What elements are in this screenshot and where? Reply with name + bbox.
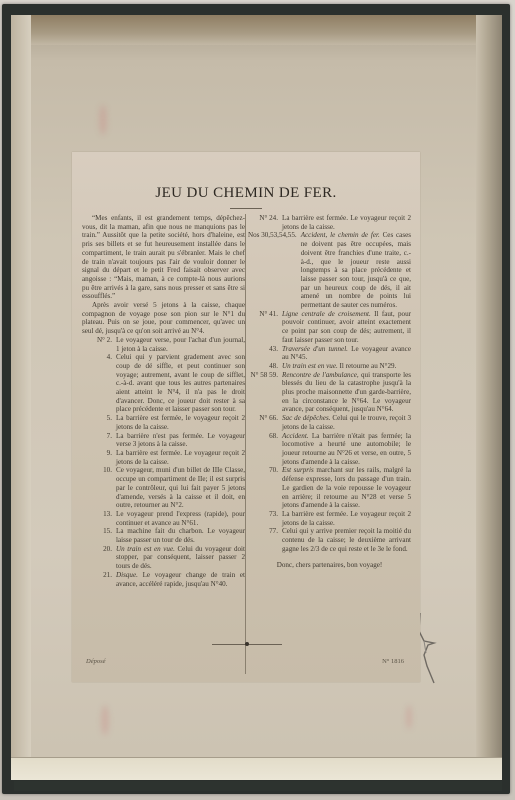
rule-entry: 4.Celui qui y parvient gradement avec so… <box>82 353 245 414</box>
rule-text: Accident. La barrière n'était pas fermée… <box>282 432 411 467</box>
rule-number: 10. <box>82 466 116 510</box>
rule-number: N° 24. <box>248 214 282 231</box>
rule-number: 77. <box>248 527 282 553</box>
box-wall-bottom <box>11 757 502 780</box>
rule-entry: 48.Un train est en vue. Il retourne au N… <box>248 362 411 371</box>
rule-heading: Sac de dépêches. <box>282 414 332 422</box>
rule-number: 43. <box>248 345 282 362</box>
rule-text: La barrière est fermée. Le voyageur reço… <box>282 510 411 527</box>
rule-number: 5. <box>82 414 116 431</box>
rule-number: 48. <box>248 362 282 371</box>
rule-entry: 15.La machine fait du charbon. Le voyage… <box>82 527 245 544</box>
rule-text: La machine fait du charbon. Le voyageur … <box>116 527 245 544</box>
rule-number: 4. <box>82 353 116 414</box>
rule-text: Un train est en vue. Celui du voyageur d… <box>116 545 245 571</box>
paper-stain <box>101 705 109 735</box>
rule-body: La barrière est fermée. Le voyageur reço… <box>282 510 411 527</box>
paper-stain <box>99 105 107 135</box>
rule-heading: Disque. <box>116 571 143 579</box>
rule-body: La barrière est fermée. Le voyageur reço… <box>282 214 411 231</box>
rule-body: La barrière est fermée, le voyageur reço… <box>116 414 245 431</box>
rule-body: La barrière n'est pas fermée. Le voyageu… <box>116 432 245 449</box>
rules-list-right: N° 24.La barrière est fermée. Le voyageu… <box>248 214 411 553</box>
rule-entry: 21.Disque. Le voyageur change de train e… <box>82 571 245 588</box>
rule-entry: 9.La barrière est fermée. Le voyageur re… <box>82 449 245 466</box>
rule-body: Il retourne au N°29. <box>340 362 397 370</box>
rules-list-left: N° 2.Le voyageur verse, pour l'achat d'u… <box>82 336 245 588</box>
rule-heading: Est surpris <box>282 466 316 474</box>
rule-heading: Un train est en vue. <box>282 362 340 370</box>
rule-entry: 43.Traversée d'un tunnel. Le voyageur av… <box>248 345 411 362</box>
rule-entry: 68.Accident. La barrière n'était pas fer… <box>248 432 411 467</box>
rule-entry: 5.La barrière est fermée, le voyageur re… <box>82 414 245 431</box>
rule-number: 70. <box>248 466 282 510</box>
rule-entry: 7.La barrière n'est pas fermée. Le voyag… <box>82 432 245 449</box>
rule-heading: Accident, le chemin de fer. <box>301 231 383 239</box>
rule-text: Celui qui y parvient gradement avec son … <box>116 353 245 414</box>
rule-body: Le voyageur prend l'express (rapide), po… <box>116 510 245 527</box>
rule-text: La barrière est fermée, le voyageur reço… <box>116 414 245 431</box>
rule-heading: Traversée d'un tunnel. <box>282 345 351 353</box>
rule-body: La barrière est fermée. Le voyageur reço… <box>116 449 245 466</box>
rule-heading: Ligne centrale de croisement. <box>282 310 374 318</box>
rule-text: Le voyageur prend l'express (rapide), po… <box>116 510 245 527</box>
rule-text: Est surpris marchant sur les rails, malg… <box>282 466 411 510</box>
rule-text: Ligne centrale de croisement. Il faut, p… <box>282 310 411 345</box>
document-title: JEU DU CHEMIN DE FER. <box>72 185 420 202</box>
rule-number: 9. <box>82 449 116 466</box>
rule-body: Celui qui y arrive premier reçoit la moi… <box>282 527 411 552</box>
rules-column-right: N° 24.La barrière est fermée. Le voyageu… <box>248 214 411 576</box>
rule-text: Traversée d'un tunnel. Le voyageur avanc… <box>282 345 411 362</box>
rule-entry: 73.La barrière est fermée. Le voyageur r… <box>248 510 411 527</box>
rule-text: Disque. Le voyageur change de train et a… <box>116 571 245 588</box>
title-divider <box>230 208 262 209</box>
rules-column-left: “Mes enfants, il est grandement temps, d… <box>82 214 245 588</box>
rule-entry: N° 41.Ligne centrale de croisement. Il f… <box>248 310 411 345</box>
rule-entry: Nos 30,53,54,55.Accident, le chemin de f… <box>248 231 411 309</box>
rule-heading: Un train est en vue. <box>116 545 177 553</box>
rule-text: Sac de dépêches. Celui qui le trouve, re… <box>282 414 411 431</box>
rule-heading: Rencontre de l'ambulance, <box>282 371 361 379</box>
box-wall-top <box>11 15 502 45</box>
rule-number: N° 66. <box>248 414 282 431</box>
rule-body: Ces cases ne doivent pas être occupées, … <box>301 231 411 309</box>
rule-heading: Accident. <box>282 432 312 440</box>
rule-number: N° 58 59. <box>248 371 282 415</box>
rule-entry: N° 66.Sac de dépêches. Celui qui le trou… <box>248 414 411 431</box>
rule-entry: 13.Le voyageur prend l'express (rapide),… <box>82 510 245 527</box>
rule-entry: N° 2.Le voyageur verse, pour l'achat d'u… <box>82 336 245 353</box>
rule-entry: 10.Ce voyageur, muni d'un billet de IIIe… <box>82 466 245 510</box>
rule-number: 7. <box>82 432 116 449</box>
rule-body: La machine fait du charbon. Le voyageur … <box>116 527 245 544</box>
rule-text: Accident, le chemin de fer. Ces cases ne… <box>301 231 411 309</box>
rules-sheet: JEU DU CHEMIN DE FER. “Mes enfants, il e… <box>72 152 420 682</box>
rule-text: La barrière est fermée. Le voyageur reço… <box>116 449 245 466</box>
rule-number: 13. <box>82 510 116 527</box>
rule-text: La barrière est fermée. Le voyageur reço… <box>282 214 411 231</box>
rule-number: Nos 30,53,54,55. <box>248 231 301 309</box>
rule-entry: 77.Celui qui y arrive premier reçoit la … <box>248 527 411 553</box>
rule-entry: 70.Est surpris marchant sur les rails, m… <box>248 466 411 510</box>
registered-mark: Déposé <box>86 658 106 665</box>
column-divider <box>245 214 246 674</box>
intro-paragraph: “Mes enfants, il est grandement temps, d… <box>82 214 245 301</box>
rule-number: 15. <box>82 527 116 544</box>
box-wall-right <box>476 15 502 780</box>
rule-body: Ce voyageur, muni d'un billet de IIIe Cl… <box>116 466 245 509</box>
rule-text: La barrière n'est pas fermée. Le voyageu… <box>116 432 245 449</box>
rule-body: Celui qui y parvient gradement avec son … <box>116 353 245 413</box>
rule-number: 68. <box>248 432 282 467</box>
closing-line: Donc, chers partenaires, bon voyage! <box>248 561 411 570</box>
rule-entry: N° 58 59.Rencontre de l'ambulance, qui t… <box>248 371 411 415</box>
rule-text: Ce voyageur, muni d'un billet de IIIe Cl… <box>116 466 245 510</box>
paper-stain <box>406 705 412 729</box>
rule-text: Un train est en vue. Il retourne au N°29… <box>282 362 411 371</box>
rule-number: 20. <box>82 545 116 571</box>
rule-body: Le voyageur verse, pour l'achat d'un jou… <box>116 336 245 353</box>
rule-number: N° 41. <box>248 310 282 345</box>
rule-number: 21. <box>82 571 116 588</box>
footer-ornament <box>245 642 249 646</box>
rule-number: 73. <box>248 510 282 527</box>
rule-text: Rencontre de l'ambulance, qui transporte… <box>282 371 411 415</box>
rule-entry: N° 24.La barrière est fermée. Le voyageu… <box>248 214 411 231</box>
rule-text: Celui qui y arrive premier reçoit la moi… <box>282 527 411 553</box>
rule-number: N° 2. <box>82 336 116 353</box>
rule-entry: 20.Un train est en vue. Celui du voyageu… <box>82 545 245 571</box>
box-wall-left <box>11 15 31 780</box>
catalog-number: N° 1816 <box>382 658 404 665</box>
intro-paragraph: Après avoir versé 5 jetons à la caisse, … <box>82 301 245 336</box>
box-bottom-edge <box>14 781 502 791</box>
rule-text: Le voyageur verse, pour l'achat d'un jou… <box>116 336 245 353</box>
